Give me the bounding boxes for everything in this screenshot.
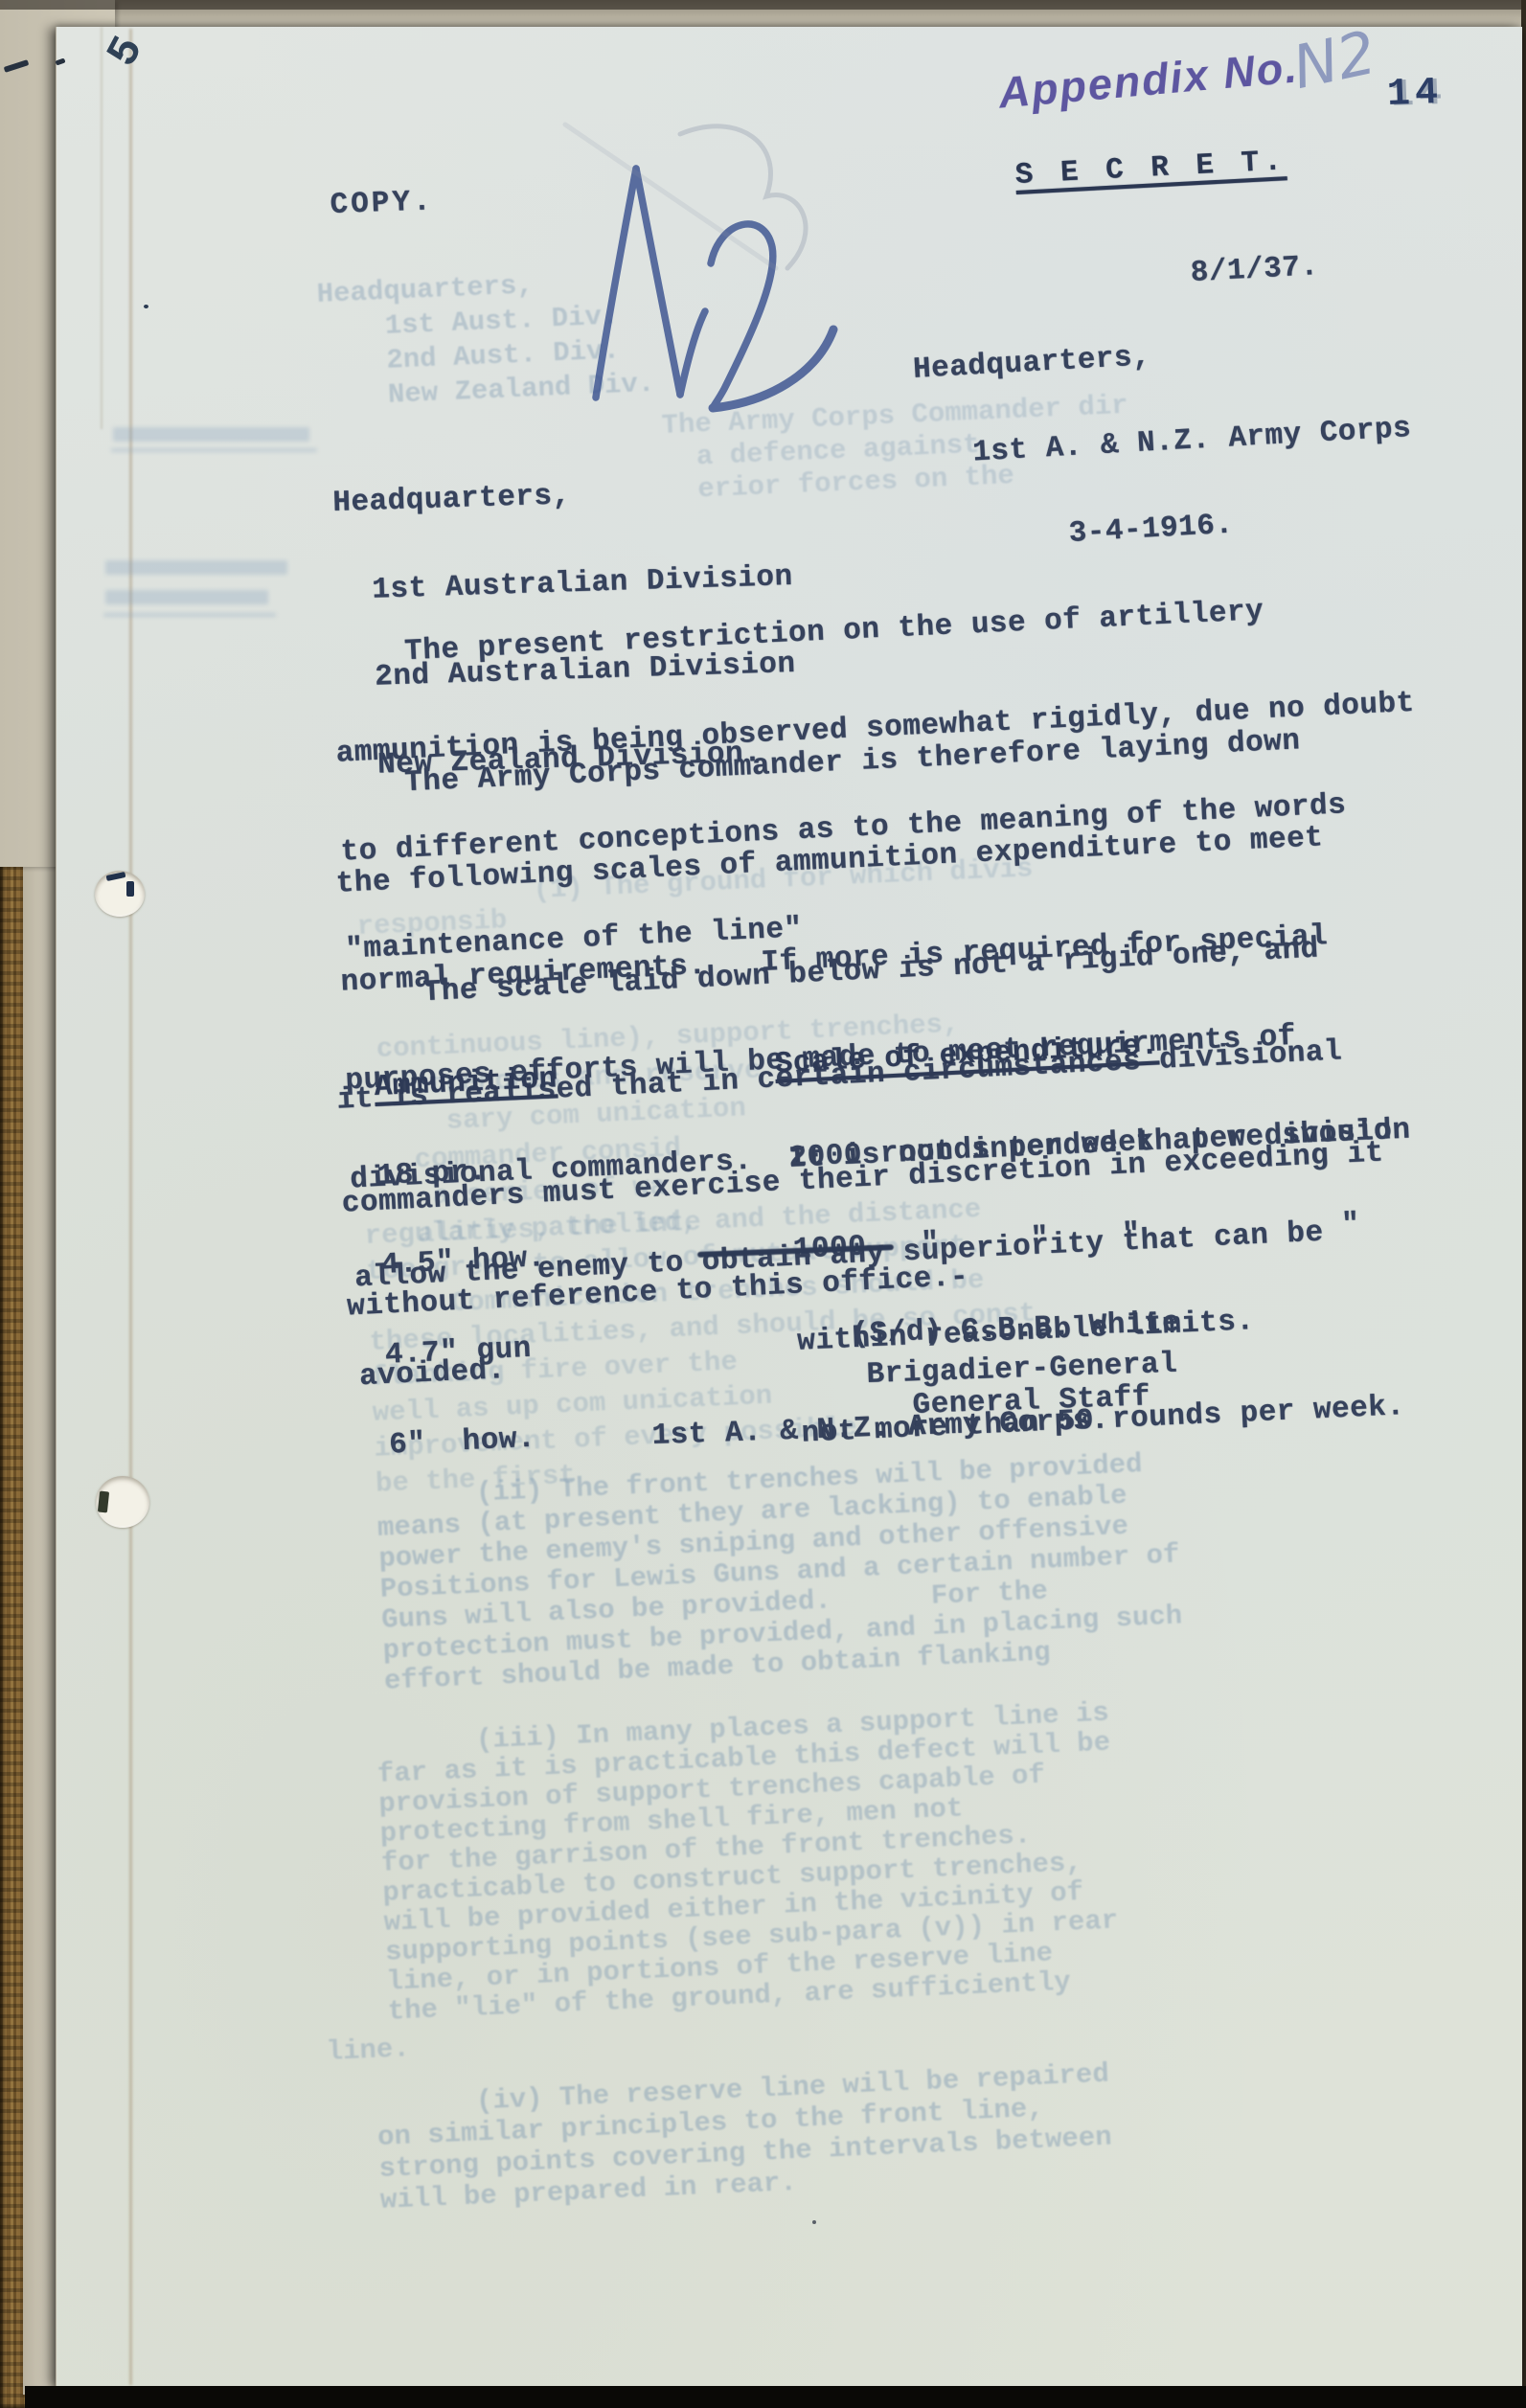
punch-hole-bottom [96,1476,149,1528]
letterhead-line: 1st A. & N.Z. Army Corps [917,415,1412,471]
ammo-cell: 18 pr. [376,1154,542,1192]
margin-bleed-underline [103,613,276,617]
ammo-cell: 4.7" gun [384,1333,550,1371]
margin-bleed-heading [105,590,268,604]
scan-bottom-shadow [25,2386,1526,2408]
page-crease-line [129,29,132,2385]
copy-label: COPY. [330,185,434,222]
address-line: Headquarters, [332,475,790,518]
margin-bleed-heading [105,560,287,575]
table-column-ammunition: 18 pr. 4.5" how. 4.7" gun 6" how. [374,1094,558,1521]
document-scan: Headquarters, 1st Aust. Div. 2nd Aust. D… [0,0,1526,2408]
scale-cell: 2000 rounds per week per division [788,1115,1411,1173]
ink-fragment [98,1491,109,1513]
punch-hole-top [95,871,145,917]
body-line: The Army Corps commander is therefore la… [330,721,1374,804]
ammo-cell: 4.5" how. [380,1244,546,1282]
large-handwritten-n2 [536,115,948,469]
bleed-through-text: line. [326,2033,410,2068]
ink-fragment [106,872,126,881]
ink-fragment [126,881,134,897]
bleed-through-text: (iii) In many places a support line isfa… [376,1698,1122,2027]
ammo-cell: 6" how. [389,1423,555,1461]
page-edge-seam [101,27,102,429]
dust-speck [812,2220,816,2224]
scale-cell: 1000 " " " " [792,1207,1415,1265]
letterhead-line: Headquarters, [912,329,1407,385]
page-number: 14 [1386,72,1444,117]
dust-speck [144,305,148,308]
body-line: The scale laid down below is not a rigid… [331,930,1375,1015]
body-line: The present restriction on the use of ar… [330,589,1410,672]
margin-bleed-underline [111,448,317,452]
scan-top-shadow [0,0,1526,10]
margin-bleed-heading [113,427,309,442]
